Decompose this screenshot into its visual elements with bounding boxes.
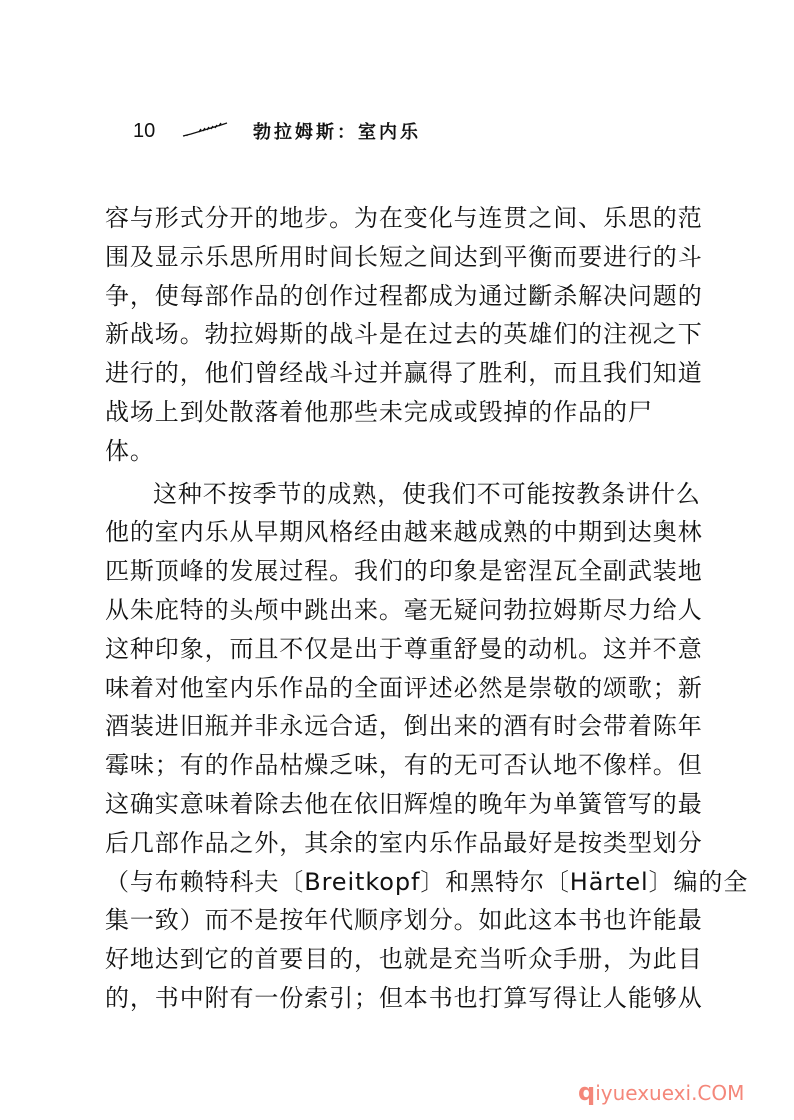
page-header: 10 勃拉姆斯：室内乐	[133, 118, 533, 148]
body-text: 容与形式分开的地步。为在变化与连贯之间、乐思的范 围及显示乐思所用时间长短之间达…	[105, 199, 680, 1018]
text-line: 匹斯顶峰的发展过程。我们的印象是密涅瓦全副武装地	[105, 552, 680, 591]
site-watermark: qiyuexuexi.COM	[578, 1078, 744, 1106]
text-line: 这确实意味着除去他在依旧辉煌的晚年为单簧管写的最	[105, 785, 680, 824]
text-line: 酒装进旧瓶并非永远合适，倒出来的酒有时会带着陈年	[105, 707, 680, 746]
text-line: 围及显示乐思所用时间长短之间达到平衡而要进行的斗	[105, 238, 680, 277]
text-line: 好地达到它的首要目的，也就是充当听众手册，为此目	[105, 940, 680, 979]
page-number: 10	[133, 120, 155, 143]
text-line: （与布赖特科夫〔Breitkopf〕和黑特尔〔Härtel〕编的全	[105, 863, 680, 902]
text-line: 的，书中附有一份索引；但本书也打算写得让人能够从	[105, 979, 680, 1018]
text-line: 战场上到处散落着他那些未完成或毁掉的作品的尸	[105, 393, 680, 432]
text-line: 味着对他室内乐作品的全面评述必然是崇敬的颂歌；新	[105, 669, 680, 708]
text-line: 他的室内乐从早期风格经由越来越成熟的中期到达奥林	[105, 513, 680, 552]
text-line: 争，使每部作品的创作过程都成为通过斷杀解决问题的	[105, 277, 680, 316]
text-line: 从朱庇特的头颅中跳出来。毫无疑问勃拉姆斯尽力给人	[105, 591, 680, 630]
running-title: 勃拉姆斯：室内乐	[253, 118, 421, 144]
text-line: 这种不按季节的成熟，使我们不可能按教条讲什么	[105, 475, 680, 514]
text-line: 进行的，他们曾经战斗过并赢得了胜利，而且我们知道	[105, 354, 680, 393]
text-line: 体。	[105, 432, 680, 471]
text-line: 新战场。勃拉姆斯的战斗是在过去的英雄们的注视之下	[105, 315, 680, 354]
paragraph-2: 这种不按季节的成熟，使我们不可能按教条讲什么 他的室内乐从早期风格经由越来越成熟…	[105, 475, 680, 1018]
text-line: 容与形式分开的地步。为在变化与连贯之间、乐思的范	[105, 199, 680, 238]
text-line: 集一致）而不是按年代顺序划分。如此这本书也许能最	[105, 901, 680, 940]
watermark-text: iyuexuexi.COM	[595, 1081, 744, 1105]
text-line: 霉味；有的作品枯燥乏味，有的无可否认地不像样。但	[105, 746, 680, 785]
text-line: 后几部作品之外，其余的室内乐作品最好是按类型划分	[105, 824, 680, 863]
quill-ornament-icon	[181, 122, 229, 138]
paragraph-1: 容与形式分开的地步。为在变化与连贯之间、乐思的范 围及显示乐思所用时间长短之间达…	[105, 199, 680, 471]
text-line: 这种印象，而且不仅是出于尊重舒曼的动机。这并不意	[105, 630, 680, 669]
watermark-logo-letter: q	[578, 1078, 595, 1106]
